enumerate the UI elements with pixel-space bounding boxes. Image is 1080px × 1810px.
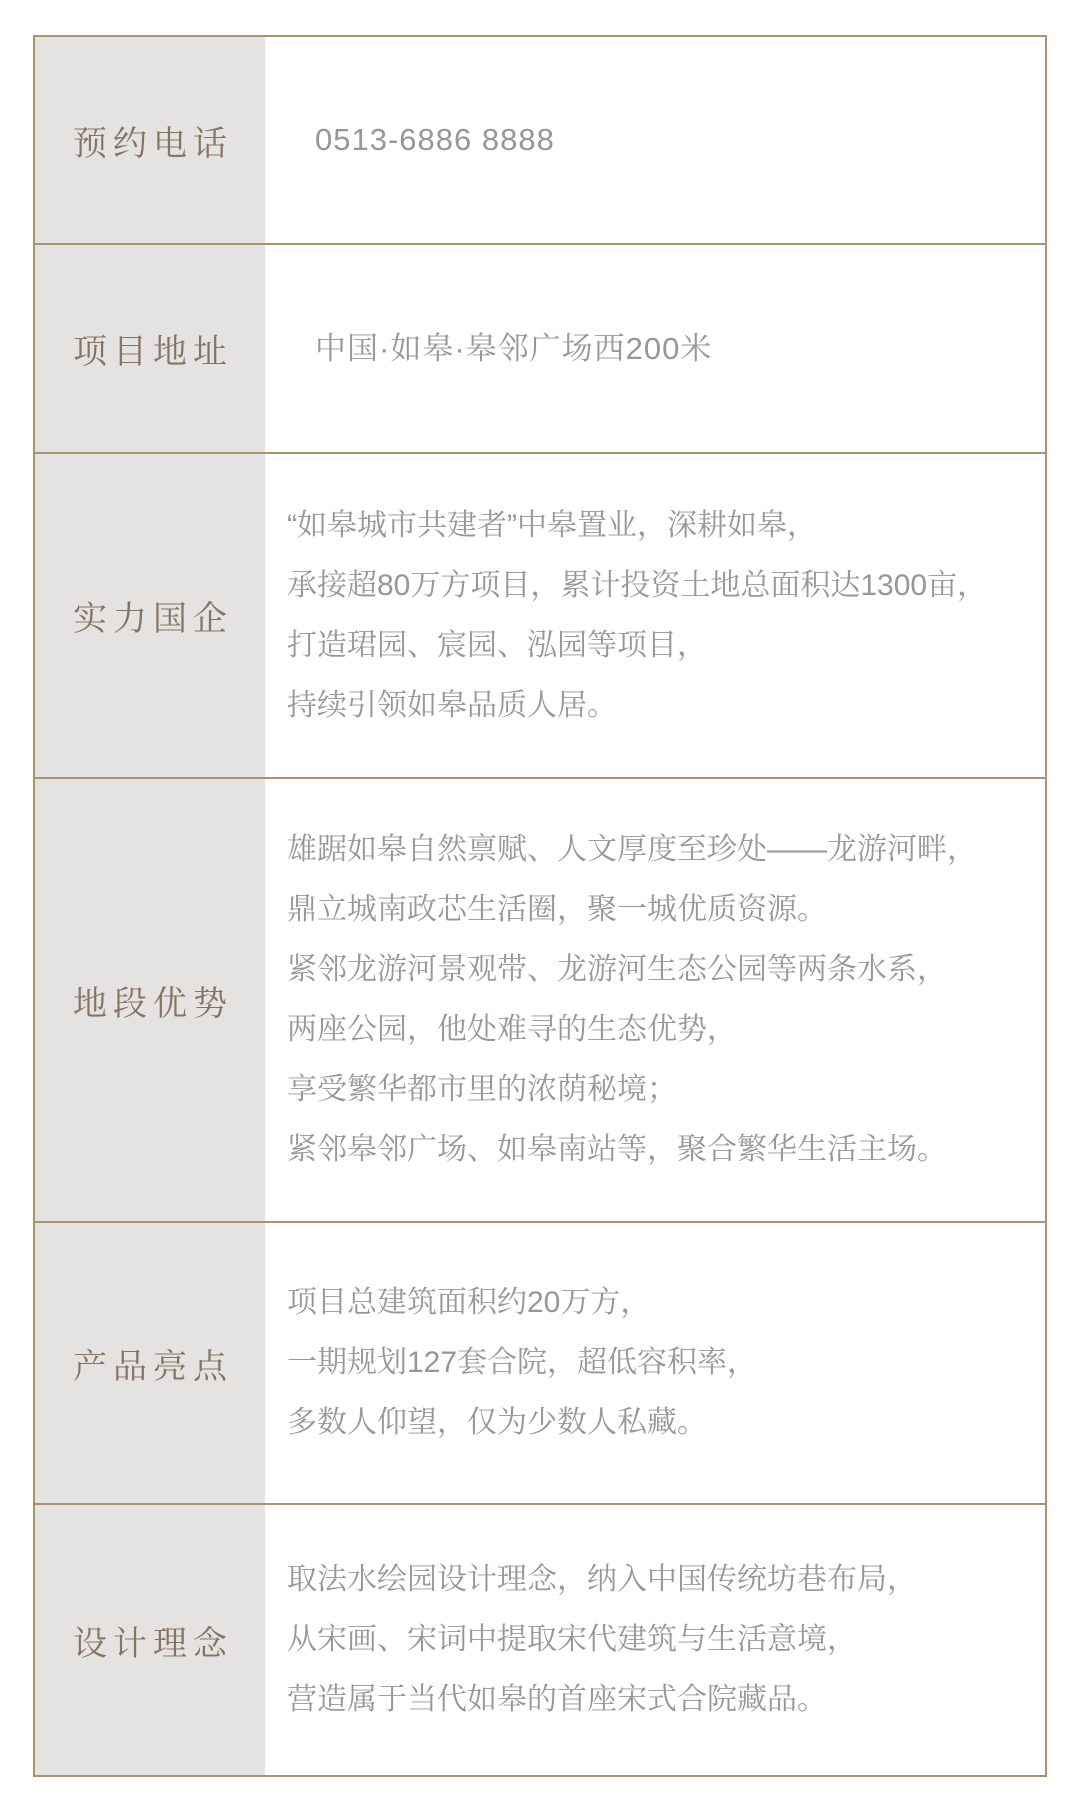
table-row-location: 地段优势 雄踞如皋自然禀赋、人文厚度至珍处——龙游河畔， 鼎立城南政芯生活圈，聚…: [35, 777, 1045, 1221]
content-line: 从宋画、宋词中提取宋代建筑与生活意境，: [287, 1610, 1035, 1670]
table-row-design: 设计理念 取法水绘园设计理念，纳入中国传统坊巷布局， 从宋画、宋词中提取宋代建筑…: [35, 1503, 1045, 1775]
table-row-address: 项目地址 中国·如皋·皋邻广场西200米: [35, 243, 1045, 452]
row-label: 实力国企: [67, 591, 233, 640]
table-row-product: 产品亮点 项目总建筑面积约20万方， 一期规划127套合院，超低容积率， 多数人…: [35, 1221, 1045, 1503]
content-cell-developer: “如皋城市共建者”中皋置业，深耕如皋， 承接超80万方项目，累计投资土地总面积达…: [265, 454, 1045, 777]
content-line: 鼎立城南政芯生活圈，聚一城优质资源。: [287, 880, 1035, 940]
content-line: 两座公园，他处难寻的生态优势，: [287, 1000, 1035, 1060]
content-line: 持续引领如皋品质人居。: [287, 676, 1035, 736]
content-cell-phone: 0513-6886 8888: [265, 37, 1045, 243]
table-row-phone: 预约电话 0513-6886 8888: [35, 37, 1045, 243]
content-line: 承接超80万方项目，累计投资土地总面积达1300亩，: [287, 556, 1035, 616]
row-label: 设计理念: [67, 1616, 233, 1665]
content-cell-product: 项目总建筑面积约20万方， 一期规划127套合院，超低容积率， 多数人仰望，仅为…: [265, 1223, 1045, 1503]
content-line: 项目总建筑面积约20万方，: [287, 1273, 1035, 1333]
row-label: 地段优势: [67, 976, 233, 1025]
content-line: 紧邻皋邻广场、如皋南站等，聚合繁华生活主场。: [287, 1120, 1035, 1180]
page: 预约电话 0513-6886 8888 项目地址 中国·如皋·皋邻广场西200米…: [0, 0, 1080, 1810]
content-cell-design: 取法水绘园设计理念，纳入中国传统坊巷布局， 从宋画、宋词中提取宋代建筑与生活意境…: [265, 1505, 1045, 1775]
content-line: 紧邻龙游河景观带、龙游河生态公园等两条水系，: [287, 940, 1035, 1000]
content-line: 打造珺园、宸园、泓园等项目，: [287, 616, 1035, 676]
label-cell-product: 产品亮点: [35, 1223, 265, 1503]
label-cell-location: 地段优势: [35, 779, 265, 1221]
content-cell-address: 中国·如皋·皋邻广场西200米: [265, 245, 1045, 452]
phone-number: 0513-6886 8888: [287, 110, 1035, 170]
row-label: 项目地址: [67, 324, 233, 373]
label-cell-developer: 实力国企: [35, 454, 265, 777]
content-line: 雄踞如皋自然禀赋、人文厚度至珍处——龙游河畔，: [287, 820, 1035, 880]
content-cell-location: 雄踞如皋自然禀赋、人文厚度至珍处——龙游河畔， 鼎立城南政芯生活圈，聚一城优质资…: [265, 779, 1045, 1221]
project-address: 中国·如皋·皋邻广场西200米: [287, 319, 1035, 379]
content-line: 多数人仰望，仅为少数人私藏。: [287, 1393, 1035, 1453]
label-cell-address: 项目地址: [35, 245, 265, 452]
content-line: 享受繁华都市里的浓荫秘境；: [287, 1060, 1035, 1120]
row-label: 产品亮点: [67, 1339, 233, 1388]
content-line: 取法水绘园设计理念，纳入中国传统坊巷布局，: [287, 1550, 1035, 1610]
label-cell-phone: 预约电话: [35, 37, 265, 243]
content-line: “如皋城市共建者”中皋置业，深耕如皋，: [287, 496, 1035, 556]
label-cell-design: 设计理念: [35, 1505, 265, 1775]
project-info-table: 预约电话 0513-6886 8888 项目地址 中国·如皋·皋邻广场西200米…: [33, 35, 1047, 1777]
content-line: 一期规划127套合院，超低容积率，: [287, 1333, 1035, 1393]
row-label: 预约电话: [67, 116, 233, 165]
content-line: 营造属于当代如皋的首座宋式合院藏品。: [287, 1670, 1035, 1730]
table-row-developer: 实力国企 “如皋城市共建者”中皋置业，深耕如皋， 承接超80万方项目，累计投资土…: [35, 452, 1045, 777]
